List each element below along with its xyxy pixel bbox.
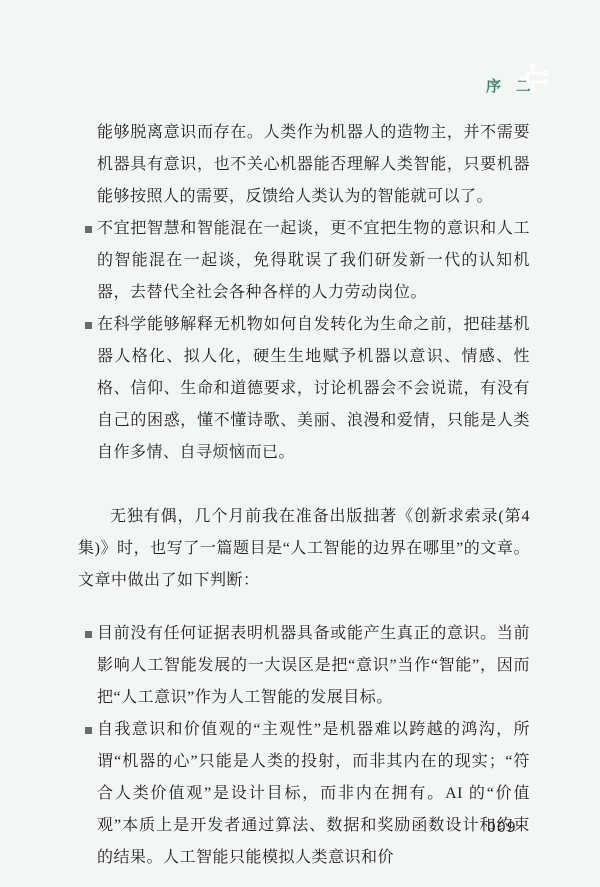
block-text: 能够脱离意识而存在。人类作为机器人的造物主，并不需要机器具有意识，也不关心机器能… <box>97 124 530 205</box>
block-text: 不宜把智慧和智能混在一起谈，更不宜把生物的意识和人工的智能混在一起谈，免得耽误了… <box>97 220 530 301</box>
bullet-marker <box>85 226 92 233</box>
block-text: 无独有偶，几个月前我在准备出版拙著《创新求索录(第4集)》时，也写了一篇题目是“… <box>78 508 530 589</box>
bullet-marker <box>85 322 92 329</box>
page-number: 009 <box>487 820 517 836</box>
text-paragraph: 无独有偶，几个月前我在准备出版拙著《创新求索录(第4集)》时，也写了一篇题目是“… <box>78 501 530 597</box>
bullet-marker <box>85 631 92 638</box>
bullet-marker <box>85 727 92 734</box>
text-paragraph: 能够脱离意识而存在。人类作为机器人的造物主，并不需要机器具有意识，也不关心机器能… <box>78 117 530 213</box>
block-text: 目前没有任何证据表明机器具备或能产生真正的意识。当前影响人工智能发展的一大误区是… <box>97 625 530 706</box>
network-nodes-icon <box>519 62 551 96</box>
bullet-item: 目前没有任何证据表明机器具备或能产生真正的意识。当前影响人工智能发展的一大误区是… <box>78 618 530 714</box>
bullet-item: 在科学能够解释无机物如何自发转化为生命之前，把硅基机器人格化、拟人化，硬生生地赋… <box>78 309 530 469</box>
block-text: 在科学能够解释无机物如何自发转化为生命之前，把硅基机器人格化、拟人化，硬生生地赋… <box>97 316 530 461</box>
bullet-item: 自我意识和价值观的“主观性”是机器难以跨越的鸿沟，所谓“机器的心”只能是人类的投… <box>78 714 530 874</box>
bullet-item: 不宜把智慧和智能混在一起谈，更不宜把生物的意识和人工的智能混在一起谈，免得耽误了… <box>78 213 530 309</box>
book-page: 序 二 能够脱离意识而存在。人类作为机器人的造物主，并不需要机器具有意识，也不关… <box>0 0 600 887</box>
block-text: 自我意识和价值观的“主观性”是机器难以跨越的鸿沟，所谓“机器的心”只能是人类的投… <box>97 721 530 866</box>
page-content: 能够脱离意识而存在。人类作为机器人的造物主，并不需要机器具有意识，也不关心机器能… <box>78 117 530 874</box>
